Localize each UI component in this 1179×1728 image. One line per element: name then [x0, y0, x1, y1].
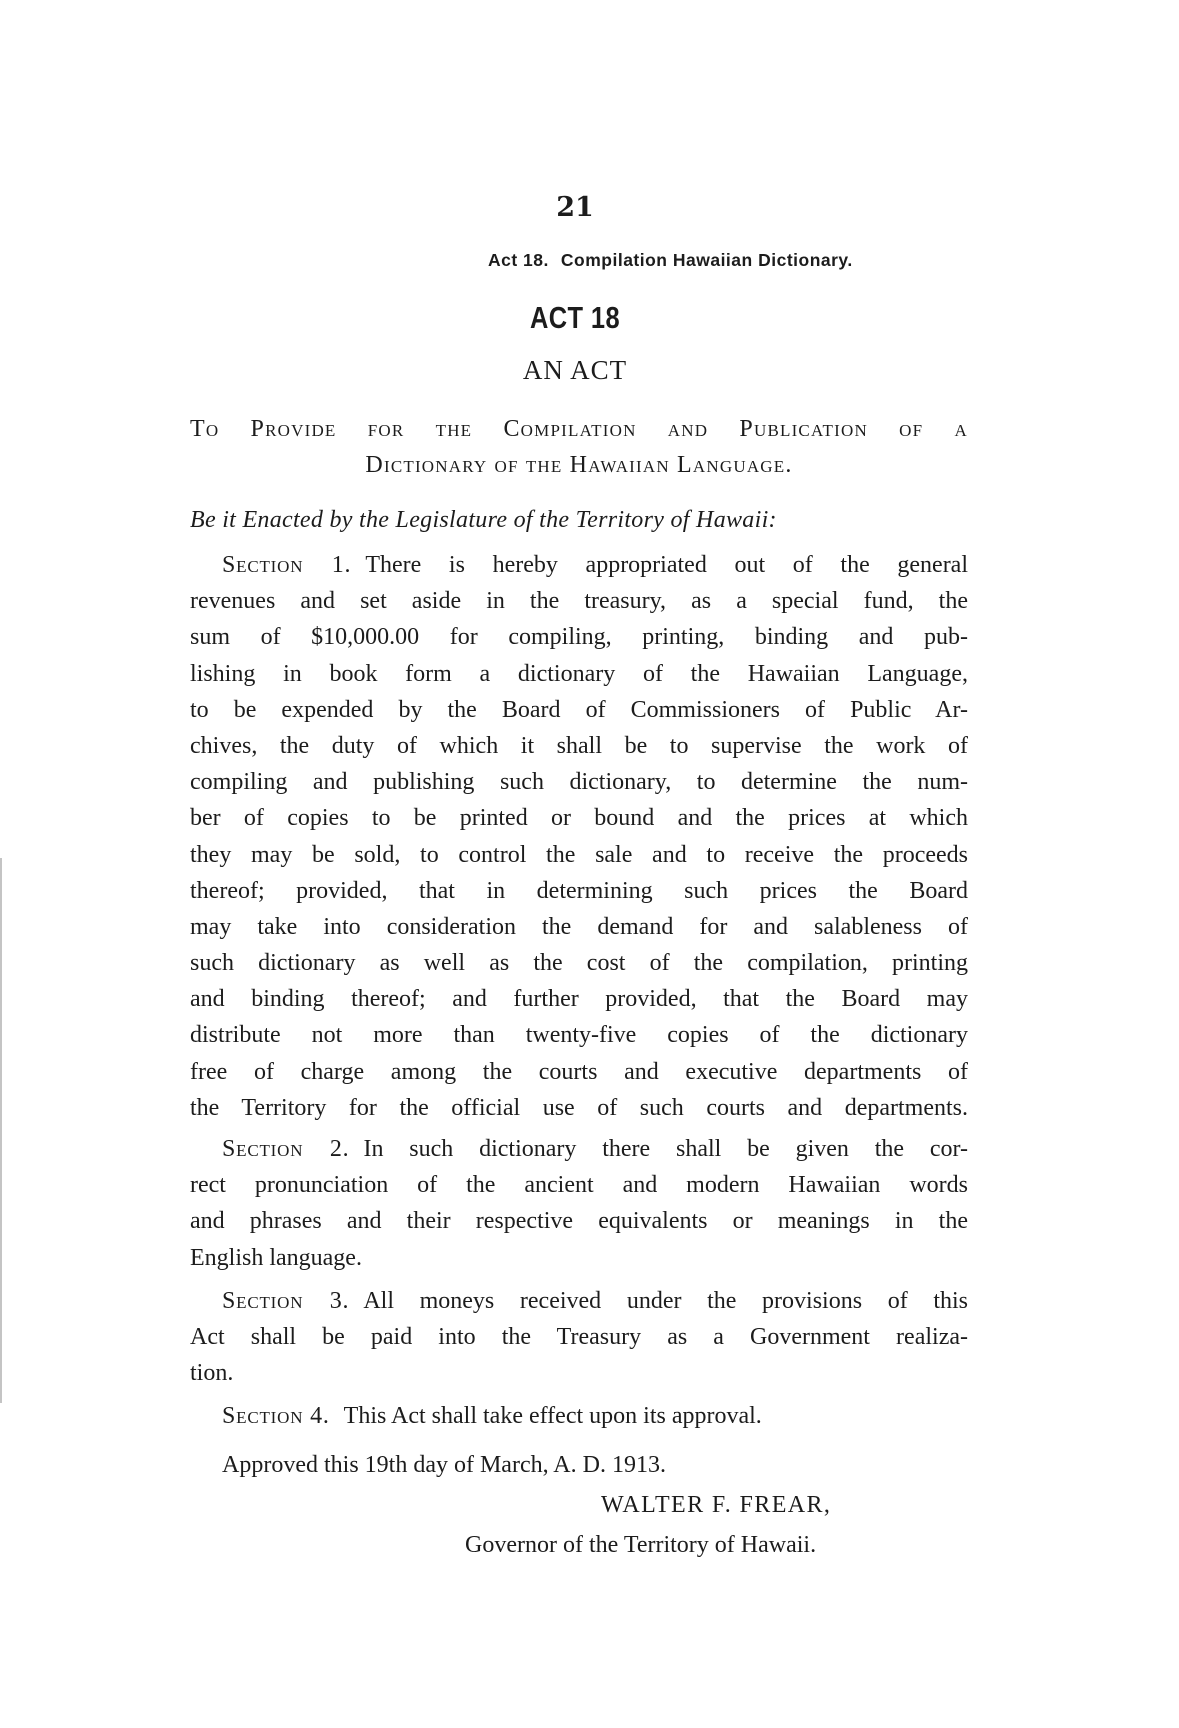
section-line: sum of $10,000.00 for compiling, printin…	[190, 619, 968, 655]
scan-edge-line	[0, 858, 2, 1403]
section-1: Section 1.There is hereby appropriated o…	[190, 547, 968, 1126]
section-3: Section 3.All moneys received under the …	[190, 1283, 968, 1392]
section-line: and phrases and their respective equival…	[190, 1203, 968, 1239]
section-line: Section 2.In such dictionary there shall…	[190, 1131, 968, 1167]
act-title: ACT 18	[104, 300, 1047, 336]
section-line: lishing in book form a dictionary of the…	[190, 656, 968, 692]
page-number: 21	[0, 192, 1150, 223]
section-line: English language.	[190, 1240, 968, 1276]
running-head: Act 18.Compilation Hawaiian Dictionary.	[488, 250, 853, 271]
section-line: may take into consideration the demand f…	[190, 909, 968, 945]
section-line: they may be sold, to control the sale an…	[190, 837, 968, 873]
section-line: such dictionary as well as the cost of t…	[190, 945, 968, 981]
enacting-clause: Be it Enacted by the Legislature of the …	[190, 507, 968, 534]
act-caption: To Provide for the Compilation and Publi…	[190, 411, 968, 483]
section-line: and binding thereof; and further provide…	[190, 981, 968, 1017]
signer-title: Governor of the Territory of Hawaii.	[465, 1532, 816, 1559]
approval-date: Approved this 19th day of March, A. D. 1…	[222, 1452, 666, 1479]
section-label: Section 2.	[222, 1136, 349, 1162]
section-2: Section 2.In such dictionary there shall…	[190, 1131, 968, 1276]
section-line: Section 3.All moneys received under the …	[190, 1283, 968, 1319]
section-line: Act shall be paid into the Treasury as a…	[190, 1319, 968, 1355]
section-line: distribute not more than twenty-five cop…	[190, 1017, 968, 1053]
section-label: Section 3.	[222, 1288, 349, 1314]
section-label: Section 4.	[222, 1403, 330, 1429]
section-line: to be expended by the Board of Commissio…	[190, 692, 968, 728]
running-head-act: Act 18.	[488, 250, 549, 270]
section-line: free of charge among the courts and exec…	[190, 1054, 968, 1090]
caption-line: Dictionary of the Hawaiian Language.	[190, 447, 968, 483]
section-4: Section 4.This Act shall take effect upo…	[190, 1398, 968, 1434]
section-line: revenues and set aside in the treasury, …	[190, 583, 968, 619]
caption-line: To Provide for the Compilation and Publi…	[190, 411, 968, 447]
section-line: Section 1.There is hereby appropriated o…	[190, 547, 968, 583]
running-head-subject: Compilation Hawaiian Dictionary.	[561, 250, 853, 270]
section-line: the Territory for the official use of su…	[190, 1090, 968, 1126]
section-line: rect pronunciation of the ancient and mo…	[190, 1167, 968, 1203]
signer-name: WALTER F. FREAR,	[601, 1492, 831, 1519]
section-line: Section 4.This Act shall take effect upo…	[190, 1398, 968, 1434]
section-line: chives, the duty of which it shall be to…	[190, 728, 968, 764]
section-line: ber of copies to be printed or bound and…	[190, 800, 968, 836]
section-line: tion.	[190, 1355, 968, 1391]
act-subtitle: AN ACT	[0, 355, 1150, 386]
section-line: thereof; provided, that in determining s…	[190, 873, 968, 909]
section-label: Section 1.	[222, 552, 351, 578]
section-line: compiling and publishing such dictionary…	[190, 764, 968, 800]
